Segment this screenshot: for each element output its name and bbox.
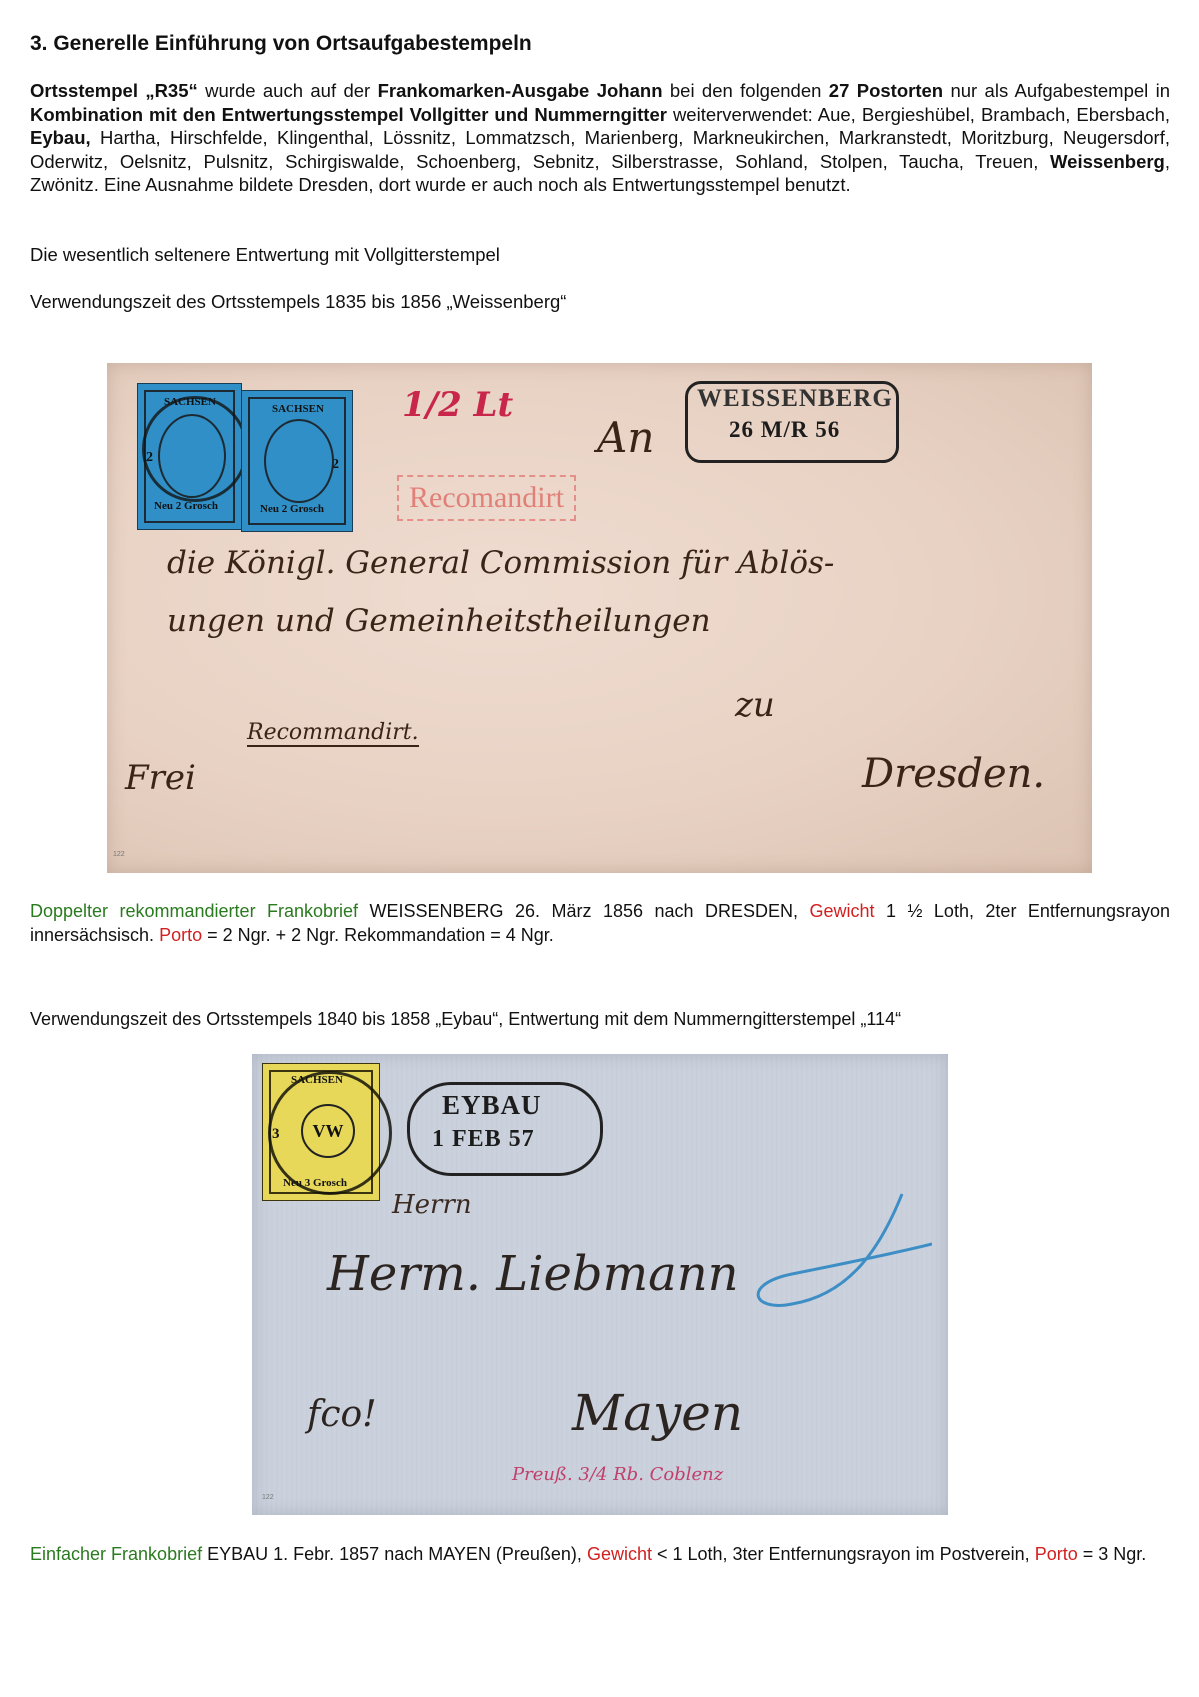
caption-eybau: Einfacher Frankobrief EYBAU 1. Febr. 185… [30, 1543, 1170, 1567]
emphasis-text: Frankomarken-Ausgabe Johann [378, 80, 663, 101]
caption-label-green: Doppelter rekommandierter Frankobrief [30, 901, 358, 921]
caption-weissenberg: Doppelter rekommandierter Frankobrief WE… [30, 900, 1170, 947]
registered-handstamp: Recomandirt [397, 475, 576, 521]
stamp-right: SACHSEN 2 Neu 2 Grosch [241, 390, 353, 532]
rarity-note: Die wesentlich seltenere Entwertung mit … [30, 243, 500, 266]
cover-weissenberg-image: SACHSEN 2 Neu 2 Grosch SACHSEN 2 Neu 2 G… [107, 363, 1092, 873]
body-text: Hartha, Hirschfelde, Klingenthal, Lössni… [30, 127, 1170, 172]
intro-paragraph: Ortsstempel „R35“ wurde auch auf der Fra… [30, 79, 1170, 197]
stamp-value: Neu 2 Grosch [260, 503, 324, 515]
body-text: weiterverwendet: Aue, Bergieshübel, Bram… [667, 104, 1170, 125]
postmark-date: 26 M/R 56 [729, 417, 840, 443]
emphasis-text: Ortsstempel „R35“ [30, 80, 198, 101]
weight-note: 1/2 Lt [402, 385, 513, 425]
stamp-left: SACHSEN 2 Neu 2 Grosch [137, 383, 242, 530]
caption-text: = 2 Ngr. + 2 Ngr. Rekommandation = 4 Ngr… [202, 925, 554, 945]
postmark-town: EYBAU [442, 1090, 542, 1121]
address-line-3: Mayen [572, 1384, 743, 1442]
emphasis-text: 27 Postorten [829, 80, 943, 101]
emphasis-text: Kombination mit den Entwertungsstempel V… [30, 104, 667, 125]
body-text: bei den folgenden [663, 80, 829, 101]
grid-cancel [142, 396, 248, 502]
scan-mark: 122 [113, 851, 125, 858]
postmark-date: 1 FEB 57 [432, 1126, 535, 1153]
recommandirt-note: Recommandirt. [247, 720, 419, 747]
caption-label-red: Porto [159, 925, 202, 945]
caption-text: WEISSENBERG 26. März 1856 nach DRESDEN, [358, 901, 809, 921]
caption-label-red: Porto [1035, 1544, 1078, 1564]
address-line-2: Herm. Liebmann [327, 1246, 739, 1302]
usage-line-eybau: Verwendungszeit des Ortsstempels 1840 bi… [30, 1008, 901, 1031]
scan-mark: 122 [262, 1494, 274, 1501]
postmark-town: WEISSENBERG [697, 385, 893, 413]
usage-line-weissenberg: Verwendungszeit des Ortsstempels 1835 bi… [30, 290, 566, 313]
caption-label-red: Gewicht [587, 1544, 652, 1564]
caption-label-green: Einfacher Frankobrief [30, 1544, 202, 1564]
address-line-4: zu [735, 685, 775, 725]
red-transit-note: Preuß. 3/4 Rb. Coblenz [512, 1464, 723, 1485]
franco-note: fco! [307, 1394, 377, 1435]
body-text: wurde auch auf der [198, 80, 378, 101]
caption-text: EYBAU 1. Febr. 1857 nach MAYEN (Preußen)… [202, 1544, 587, 1564]
section-heading: 3. Generelle Einführung von Ortsaufgabes… [30, 32, 532, 56]
stamp-country: SACHSEN [272, 403, 324, 415]
caption-text: = 3 Ngr. [1078, 1544, 1147, 1564]
stamp-value: Neu 2 Grosch [154, 500, 218, 512]
address-line-1: An [597, 413, 654, 462]
stamp-yellow: SACHSEN 3 Neu 3 Grosch VW [262, 1063, 380, 1201]
emphasis-text: Weissenberg [1050, 151, 1165, 172]
address-line-5: Dresden. [862, 751, 1045, 797]
address-line-3: ungen und Gemeinheitstheilungen [167, 603, 711, 639]
body-text: nur als Aufgabestempel in [943, 80, 1170, 101]
address-line-1: Herrn [392, 1190, 472, 1220]
blue-pencil-mark [732, 1184, 932, 1324]
address-line-2: die Königl. General Commission für Ablös… [167, 545, 834, 581]
caption-text: < 1 Loth, 3ter Entfernungsrayon im Postv… [652, 1544, 1035, 1564]
frei-note: Frei [125, 758, 196, 798]
cover-eybau-image: SACHSEN 3 Neu 3 Grosch VW EYBAU 1 FEB 57… [252, 1054, 948, 1515]
emphasis-text: Eybau, [30, 127, 91, 148]
caption-label-red: Gewicht [809, 901, 874, 921]
